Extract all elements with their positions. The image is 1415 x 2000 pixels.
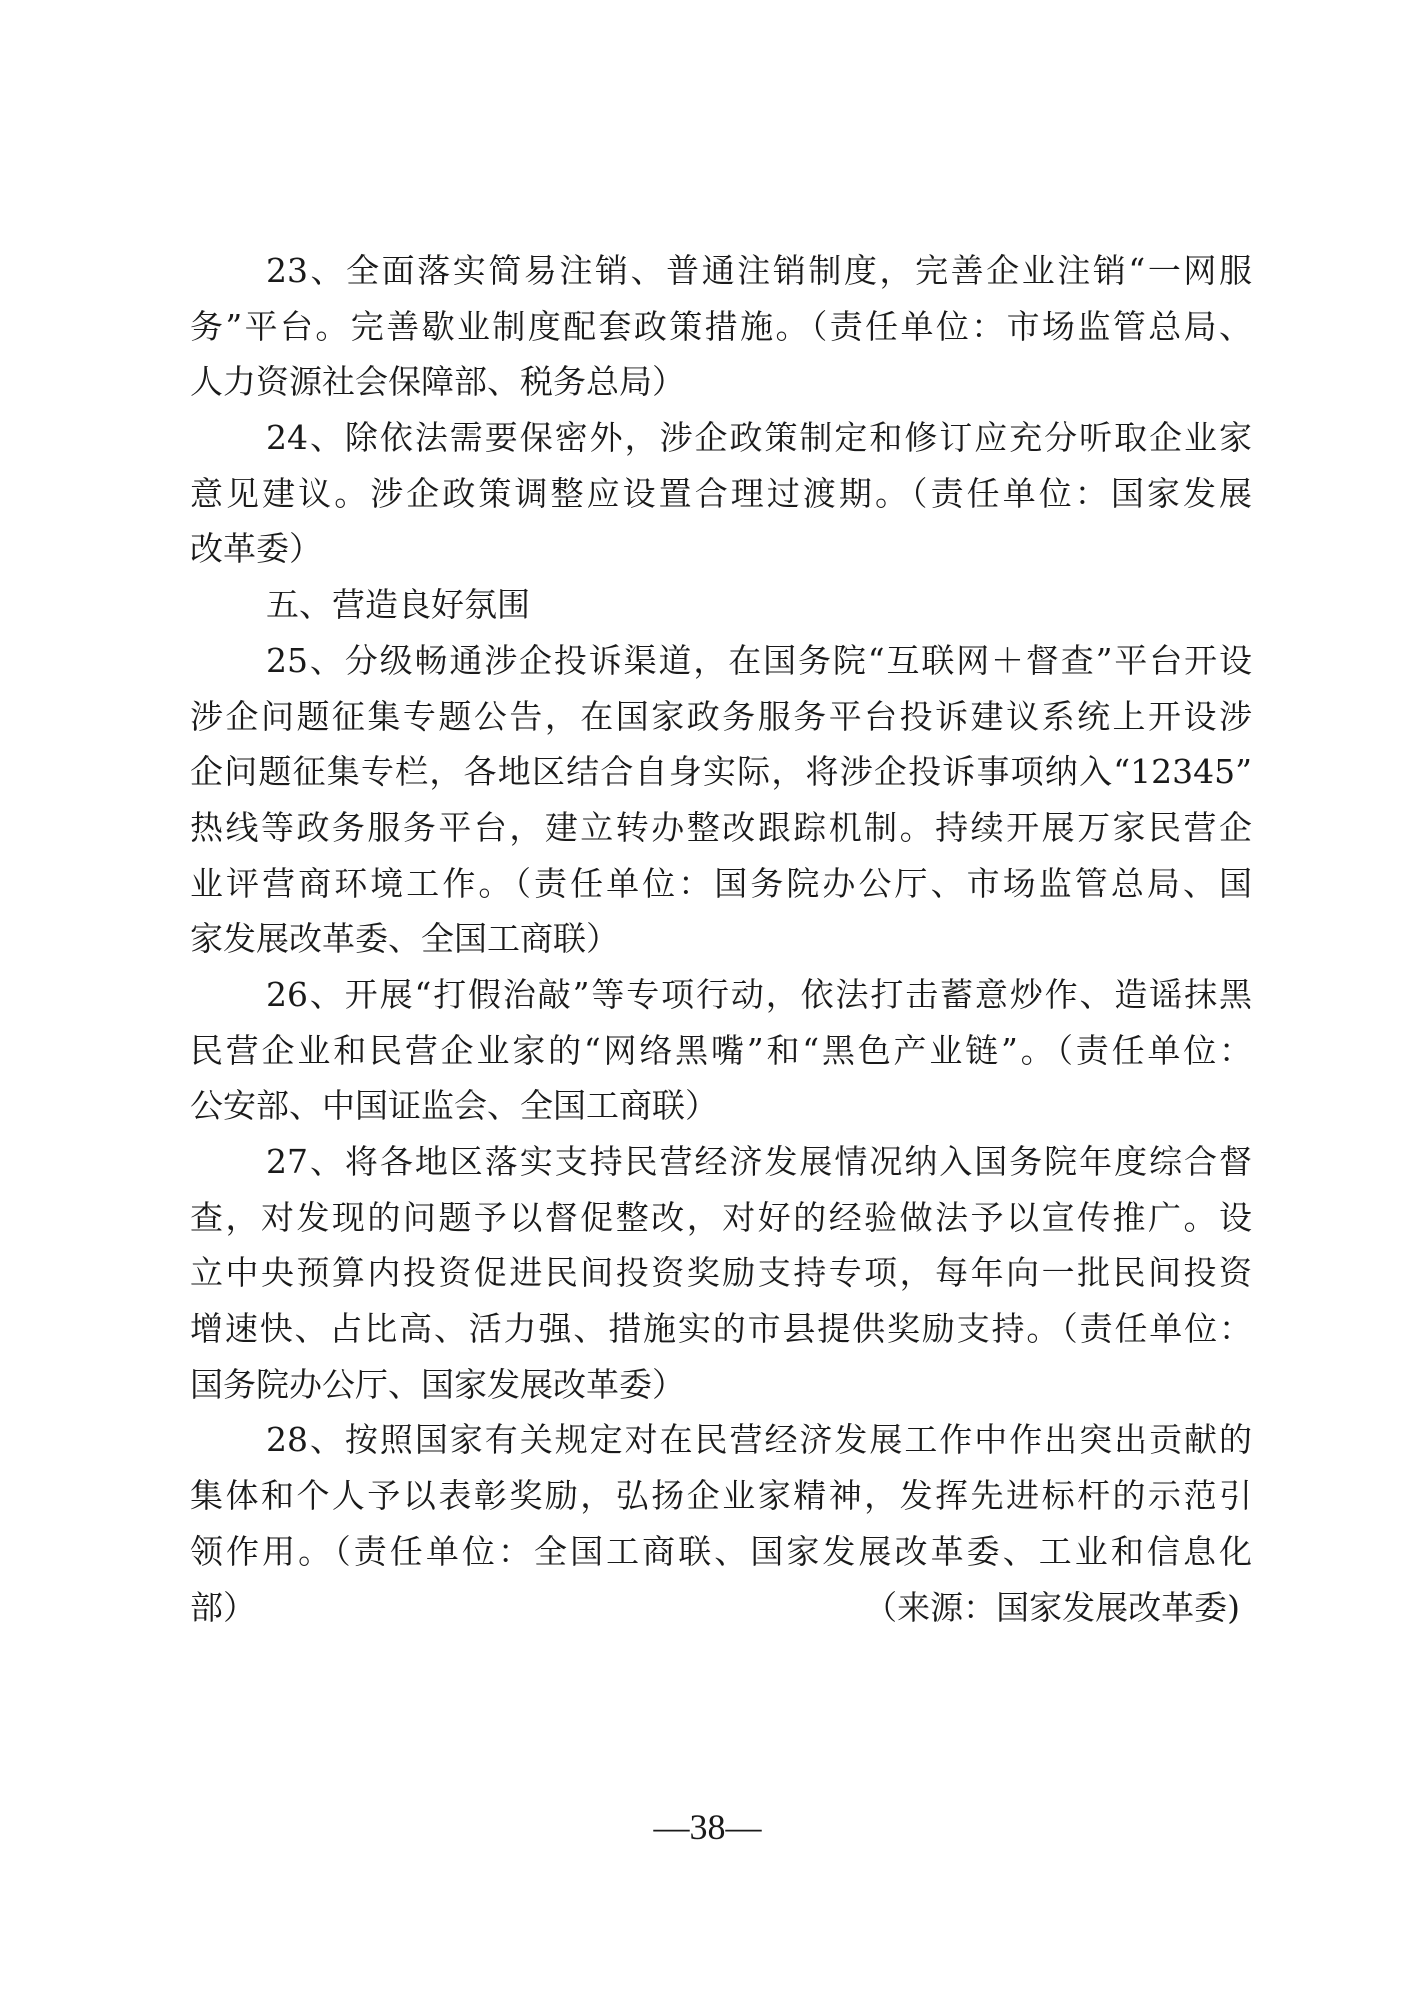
text-line: 改革委） (190, 521, 1252, 577)
text-line: 涉企问题征集专题公告，在国家政务服务平台投诉建议系统上开设涉 (190, 689, 1252, 745)
text-line-end: 部） (190, 1580, 256, 1636)
text-line: 27、将各地区落实支持民营经济发展情况纳入国务院年度综合督 (190, 1134, 1252, 1190)
paragraph-item-27: 27、将各地区落实支持民营经济发展情况纳入国务院年度综合督 查，对发现的问题予以… (190, 1134, 1252, 1412)
text-line: 23、全面落实简易注销、普通注销制度，完善企业注销“一网服 (190, 243, 1252, 299)
text-line: 企问题征集专栏，各地区结合自身实际，将涉企投诉事项纳入“12345” (190, 744, 1252, 800)
paragraph-item-23: 23、全面落实简易注销、普通注销制度，完善企业注销“一网服 务”平台。完善歇业制… (190, 243, 1252, 410)
text-line: 热线等政务服务平台，建立转办整改跟踪机制。持续开展万家民营企 (190, 800, 1252, 856)
text-line: 增速快、占比高、活力强、措施实的市县提供奖励支持。（责任单位： (190, 1301, 1252, 1357)
text-line: 领作用。（责任单位：全国工商联、国家发展改革委、工业和信息化 (190, 1524, 1252, 1580)
text-line: 公安部、中国证监会、全国工商联） (190, 1078, 1252, 1134)
paragraph-item-24: 24、除依法需要保密外，涉企政策制定和修订应充分听取企业家 意见建议。涉企政策调… (190, 410, 1252, 577)
paragraph-item-26: 26、开展“打假治敲”等专项行动，依法打击蓄意炒作、造谣抹黑 民营企业和民营企业… (190, 967, 1252, 1134)
text-line: 民营企业和民营企业家的“网络黑嘴”和“黑色产业链”。（责任单位： (190, 1023, 1252, 1079)
paragraph-item-25: 25、分级畅通涉企投诉渠道，在国务院“互联网＋督查”平台开设 涉企问题征集专题公… (190, 633, 1252, 967)
text-line: 意见建议。涉企政策调整应设置合理过渡期。（责任单位：国家发展 (190, 466, 1252, 522)
text-line: 人力资源社会保障部、税务总局） (190, 354, 1252, 410)
text-line: 业评营商环境工作。（责任单位：国务院办公厅、市场监管总局、国 (190, 856, 1252, 912)
text-line: 务”平台。完善歇业制度配套政策措施。（责任单位：市场监管总局、 (190, 299, 1252, 355)
text-line: 28、按照国家有关规定对在民营经济发展工作中作出突出贡献的 (190, 1412, 1252, 1468)
document-body: 23、全面落实简易注销、普通注销制度，完善企业注销“一网服 务”平台。完善歇业制… (190, 243, 1252, 1635)
paragraph-item-28: 28、按照国家有关规定对在民营经济发展工作中作出突出贡献的 集体和个人予以表彰奖… (190, 1412, 1252, 1635)
text-line: 立中央预算内投资促进民间投资奖励支持专项，每年向一批民间投资 (190, 1245, 1252, 1301)
document-page: 23、全面落实简易注销、普通注销制度，完善企业注销“一网服 务”平台。完善歇业制… (0, 0, 1415, 2000)
text-line: 24、除依法需要保密外，涉企政策制定和修订应充分听取企业家 (190, 410, 1252, 466)
source-attribution: （来源：国家发展改革委) (864, 1580, 1252, 1636)
text-line-with-source: 部） （来源：国家发展改革委) (190, 1580, 1252, 1636)
page-number: —38— (0, 1807, 1415, 1847)
text-line: 查，对发现的问题予以督促整改，对好的经验做法予以宣传推广。设 (190, 1190, 1252, 1246)
text-line: 25、分级畅通涉企投诉渠道，在国务院“互联网＋督查”平台开设 (190, 633, 1252, 689)
text-line: 26、开展“打假治敲”等专项行动，依法打击蓄意炒作、造谣抹黑 (190, 967, 1252, 1023)
text-line: 家发展改革委、全国工商联） (190, 911, 1252, 967)
section-heading: 五、营造良好氛围 (190, 577, 1252, 633)
text-line: 国务院办公厅、国家发展改革委） (190, 1357, 1252, 1413)
text-line: 集体和个人予以表彰奖励，弘扬企业家精神，发挥先进标杆的示范引 (190, 1468, 1252, 1524)
